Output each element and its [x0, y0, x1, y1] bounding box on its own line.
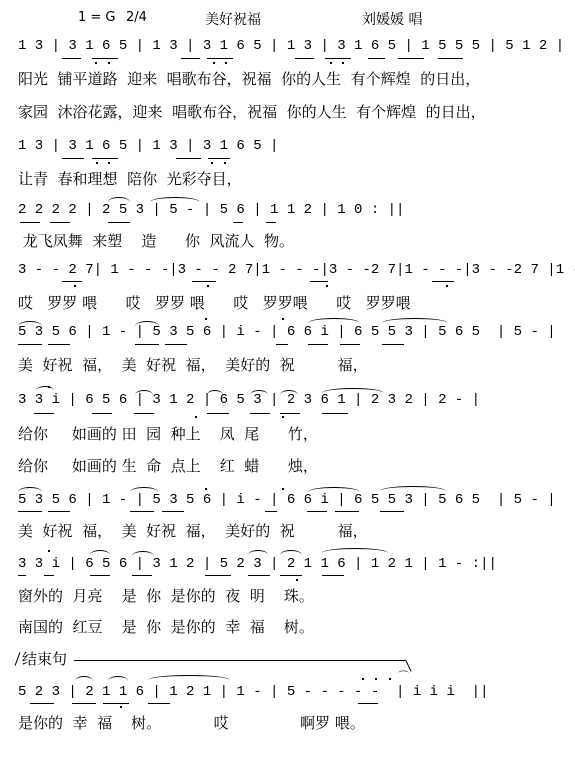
- time-signature: 2/4: [126, 10, 147, 25]
- underline: [18, 575, 26, 576]
- lower-octave-dot: [108, 62, 110, 64]
- lower-octave-dot: [326, 285, 328, 287]
- upper-octave-dot: [205, 318, 207, 320]
- underline: [276, 344, 288, 345]
- notation-line-7: 5 3 5 6 | 1 - | 5 3 5 6 | i - | 6 6 i | …: [18, 492, 556, 518]
- lower-octave-dot: [446, 285, 448, 287]
- underline: [20, 222, 40, 223]
- underline: [432, 281, 454, 282]
- underline: [322, 413, 348, 414]
- underline: [48, 344, 70, 345]
- notation-line-1: 1 3 | 3 1 6 5 | 1 3 | 3 1 6 5 | 1 3 | 3 …: [18, 38, 564, 64]
- underline: [62, 158, 84, 159]
- song-title: 美好祝福: [205, 9, 261, 29]
- underline: [340, 344, 360, 345]
- upper-octave-dot: [375, 678, 377, 680]
- slur: [380, 486, 446, 491]
- underline: [310, 281, 328, 282]
- underline: [382, 344, 404, 345]
- underline: [135, 344, 159, 345]
- ending-bracket-line: [74, 660, 406, 661]
- ending-label: 结束句: [22, 648, 67, 669]
- upper-octave-dot: [389, 678, 391, 680]
- underline: [18, 511, 42, 512]
- underline: [130, 511, 154, 512]
- lyric-line: 是你的 幸 福 树。 哎 啊罗 喂。: [18, 712, 365, 733]
- lower-octave-dot: [207, 285, 209, 287]
- lyric-line: 哎 罗罗 喂 哎 罗罗 喂 哎 罗罗喂 哎 罗罗喂: [18, 292, 411, 313]
- lyric-line: 龙飞凤舞 来塑 造 你 风流人 物。: [18, 230, 294, 251]
- underline: [322, 575, 344, 576]
- underline: [250, 413, 270, 414]
- underline: [165, 344, 187, 345]
- underline: [208, 158, 230, 159]
- underline: [30, 703, 54, 704]
- underline: [295, 58, 314, 59]
- underline: [325, 58, 351, 59]
- underline: [148, 703, 170, 704]
- underline: [280, 413, 300, 414]
- lower-octave-dot: [225, 62, 227, 64]
- lyric-line: 家园 沐浴花露，迎来 唱歌布谷，祝福 你的人生 有个辉煌 的日出，: [18, 101, 486, 122]
- underline: [134, 413, 154, 414]
- lower-octave-dot: [108, 162, 110, 164]
- upper-octave-dot: [205, 488, 207, 490]
- underline: [266, 222, 276, 223]
- upper-octave-dot: [362, 678, 364, 680]
- upper-octave-dot: [282, 488, 284, 490]
- underline: [48, 511, 70, 512]
- lyric-line: 让青 春和理想 陪你 光彩夺目，: [18, 168, 242, 189]
- lyric-line: 窗外的 月亮 是 你 是你的 夜 明 珠。: [18, 585, 314, 606]
- lyric-line: 阳光 铺平道路 迎来 唱歌布谷，祝福 你的人生 有个辉煌 的日出，: [18, 68, 480, 89]
- underline: [181, 58, 200, 59]
- lower-octave-dot: [282, 416, 284, 418]
- underline: [358, 703, 378, 704]
- lower-octave-dot: [342, 62, 344, 64]
- underline: [90, 575, 110, 576]
- underline: [307, 511, 327, 512]
- upper-octave-dot: [48, 550, 50, 552]
- ending-bracket-tick: [15, 652, 21, 665]
- underline: [233, 222, 243, 223]
- underline: [308, 344, 328, 345]
- lyric-line: 美 好祝 福， 美 好祝 福， 美好的 祝 福，: [18, 354, 368, 375]
- fermata-icon: ⌒: [398, 668, 409, 684]
- underline: [265, 511, 277, 512]
- slur: [36, 386, 54, 391]
- key-signature: 1 = G: [78, 10, 116, 25]
- slur: [148, 675, 230, 680]
- slur: [308, 318, 360, 323]
- underline: [132, 575, 152, 576]
- upper-octave-dot: [282, 318, 284, 320]
- notation-line-5: 5 3 5 6 | 1 - | 5 3 5 6 | i - | 6 6 i | …: [18, 324, 556, 350]
- underline: [207, 58, 233, 59]
- lower-octave-dot: [296, 579, 298, 581]
- underline: [44, 575, 54, 576]
- underline: [50, 222, 70, 223]
- lower-octave-dot: [96, 162, 98, 164]
- underline: [380, 511, 404, 512]
- slur: [280, 550, 302, 555]
- underline: [62, 281, 82, 282]
- notation-line-9: 5 2 3 | 2 1 1 6 | 1 2 1 | 1 - | 5 - - - …: [18, 684, 488, 710]
- lyric-line: 美 好祝 福， 美 好祝 福， 美好的 祝 福，: [18, 520, 368, 541]
- lyric-line: 给你 如画的 田 园 种上 凤 尾 竹，: [18, 423, 318, 444]
- underline: [18, 344, 42, 345]
- underline: [92, 413, 112, 414]
- lower-octave-dot: [224, 162, 226, 164]
- notation-line-4: 3 - - 2 7| 1 - - -|3 - - 2 7|1 - - -|3 -…: [18, 262, 575, 288]
- underline: [103, 703, 129, 704]
- underline: [207, 413, 229, 414]
- lyric-line: 给你 如画的 生 命 点上 红 蜡 烛，: [18, 455, 318, 476]
- underline: [335, 511, 359, 512]
- underline: [92, 158, 118, 159]
- lyric-line: 南国的 红豆 是 你 是你的 幸 福 树。: [18, 616, 314, 637]
- underline: [176, 158, 201, 159]
- lower-octave-dot: [211, 162, 213, 164]
- lower-octave-dot: [330, 62, 332, 64]
- upper-octave-dot: [48, 386, 50, 388]
- underline: [205, 575, 231, 576]
- underline: [34, 413, 54, 414]
- underline: [280, 575, 302, 576]
- lower-octave-dot: [95, 62, 97, 64]
- underline: [248, 575, 270, 576]
- performer: 刘媛媛 唱: [362, 9, 422, 29]
- underline: [368, 58, 385, 59]
- underline: [108, 222, 130, 223]
- lower-octave-dot: [195, 416, 197, 418]
- underline: [192, 281, 216, 282]
- slur: [248, 550, 268, 555]
- slur: [322, 548, 388, 553]
- slur: [108, 676, 128, 681]
- underline: [62, 58, 81, 59]
- underline: [398, 58, 424, 59]
- underline: [72, 703, 96, 704]
- underline: [92, 58, 118, 59]
- notation-line-6: 3 3 i | 6 5 6 | 3 1 2 | 6 5 3 | 2 3 6 1 …: [18, 392, 480, 418]
- lower-octave-dot: [74, 285, 76, 287]
- underline: [162, 511, 184, 512]
- underline: [438, 58, 463, 59]
- notation-line-3: 2 2 2 2 | 2 5 3 | 5 - | 5 6 | 1 1 2 | 1 …: [18, 202, 404, 228]
- lower-octave-dot: [120, 706, 122, 708]
- slur: [75, 676, 93, 681]
- slur: [382, 318, 448, 323]
- lower-octave-dot: [213, 62, 215, 64]
- notation-line-2: 1 3 | 3 1 6 5 | 1 3 | 3 1 6 5 |: [18, 138, 278, 164]
- notation-line-8: 3 3 i | 6 5 6 | 3 1 2 | 5 2 3 | 2 1 1 6 …: [18, 556, 497, 582]
- slur: [90, 550, 110, 555]
